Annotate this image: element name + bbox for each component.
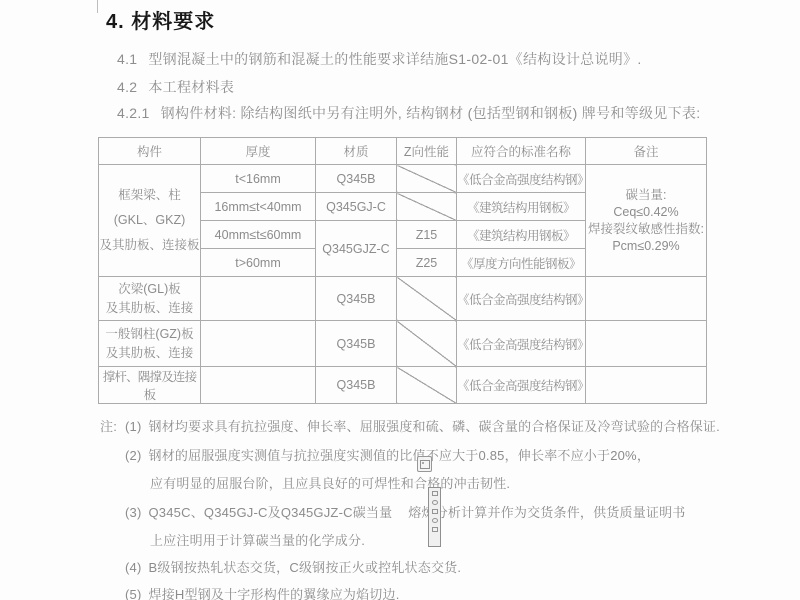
note-line-2-cont: 应有明显的屈服台阶，且应具良好的可焊性和合格的冲击韧性. xyxy=(150,473,510,492)
standard-cell: 《低合金高强度结构钢》 xyxy=(457,367,586,404)
note-line-3: (3)Q345C、Q345GJ-C及Q345GJZ-C碳当量熔炼分析计算并作为交… xyxy=(125,502,686,521)
table-header-row: 构件 厚度 材质 Z向性能 应符合的标准名称 备注 xyxy=(99,138,707,165)
section-number: 4.1 xyxy=(117,51,137,67)
z-performance-cell-na xyxy=(397,321,457,367)
z-performance-cell-na xyxy=(397,193,457,221)
section-number: 4.2 xyxy=(117,79,137,95)
section-text: 型钢混凝土中的钢筋和混凝土的性能要求详结施S1-02-01《结构设计总说明》. xyxy=(148,51,641,67)
remark-cell-empty xyxy=(586,367,707,404)
z-performance-cell: Z15 xyxy=(397,221,457,249)
broken-image-icon xyxy=(417,456,432,472)
broken-image-strip xyxy=(428,487,441,547)
material-cell: Q345B xyxy=(316,165,397,193)
note-line-3-cont: 上应注明用于计算碳当量的化学成分. xyxy=(150,530,365,549)
col-header-z-performance: Z向性能 xyxy=(397,138,457,165)
strip-mark xyxy=(432,527,438,532)
note-text: 熔炼分析计算并作为交货条件，供货质量证明书 xyxy=(408,505,685,520)
section-text: 钢构件材料: 除结构图纸中另有注明外, 结构钢材 (包括型钢和钢板) 牌号和等级… xyxy=(161,105,701,121)
standard-cell: 《低合金高强度结构钢》 xyxy=(457,165,586,193)
thickness-cell-empty xyxy=(201,321,316,367)
broken-image-glyph xyxy=(420,460,430,469)
thickness-cell: 40mm≤t≤60mm xyxy=(201,221,316,249)
z-performance-cell-na xyxy=(397,165,457,193)
thickness-cell-empty xyxy=(201,277,316,321)
col-header-standard: 应符合的标准名称 xyxy=(457,138,586,165)
col-header-remark: 备注 xyxy=(586,138,707,165)
col-header-component: 构件 xyxy=(99,138,201,165)
section-4-2-1: 4.2.1钢构件材料: 除结构图纸中另有注明外, 结构钢材 (包括型钢和钢板) … xyxy=(117,103,700,123)
thickness-cell: 16mm≤t<40mm xyxy=(201,193,316,221)
note-number: (1) xyxy=(125,419,142,434)
section-text: 本工程材料表 xyxy=(148,79,234,95)
component-cell-secondary-beam: 次梁(GL)板 及其肋板、连接 xyxy=(99,277,201,321)
standard-cell: 《建筑结构用钢板》 xyxy=(457,193,586,221)
component-cell-general-column: 一般钢柱(GZ)板 及其肋板、连接 xyxy=(99,321,201,367)
note-text: 钢材均要求具有抗拉强度、伸长率、屈服强度和硫、磷、碳含量的合格保证及冷弯试验的合… xyxy=(149,419,720,434)
remark-cell-empty xyxy=(586,321,707,367)
standard-cell: 《低合金高强度结构钢》 xyxy=(457,277,586,321)
table-row: 次梁(GL)板 及其肋板、连接 Q345B 《低合金高强度结构钢》 xyxy=(99,277,707,321)
table-row: 框架梁、柱 (GKL、GKZ) 及其肋板、连接板 t<16mm Q345B 《低… xyxy=(99,165,707,193)
strip-mark xyxy=(432,491,438,496)
section-number: 4.2.1 xyxy=(117,105,150,121)
note-number: (3) xyxy=(125,505,142,520)
strip-mark xyxy=(432,518,438,523)
standard-cell: 《建筑结构用钢板》 xyxy=(457,221,586,249)
note-line-2: (2)钢材的屈服强度实测值与抗拉强度实测值的比值不应大于0.85，伸长率不应小于… xyxy=(125,445,650,464)
standard-cell: 《厚度方向性能钢板》 xyxy=(457,249,586,277)
table-row: 撑杆、隅撑及连接板 Q345B 《低合金高强度结构钢》 xyxy=(99,367,707,404)
note-text: B级钢按热轧状态交货，C级钢按正火或控轧状态交货. xyxy=(149,560,462,575)
remark-cell-empty xyxy=(586,277,707,321)
section-4-2: 4.2本工程材料表 xyxy=(117,77,234,97)
material-cell: Q345GJ-C xyxy=(316,193,397,221)
z-performance-cell: Z25 xyxy=(397,249,457,277)
material-cell: Q345B xyxy=(316,367,397,404)
material-cell: Q345B xyxy=(316,321,397,367)
col-header-thickness: 厚度 xyxy=(201,138,316,165)
material-table: 构件 厚度 材质 Z向性能 应符合的标准名称 备注 框架梁、柱 (GKL、GKZ… xyxy=(98,137,707,404)
notes-block: 注:(1)钢材均要求具有抗拉强度、伸长率、屈服强度和硫、磷、碳含量的合格保证及冷… xyxy=(100,416,790,600)
z-performance-cell-na xyxy=(397,277,457,321)
table-row: 一般钢柱(GZ)板 及其肋板、连接 Q345B 《低合金高强度结构钢》 xyxy=(99,321,707,367)
section-4-1: 4.1型钢混凝土中的钢筋和混凝土的性能要求详结施S1-02-01《结构设计总说明… xyxy=(117,49,642,69)
sheet-border-tick xyxy=(97,0,98,13)
note-line-4: (4)B级钢按热轧状态交货，C级钢按正火或控轧状态交货. xyxy=(125,557,461,576)
material-cell: Q345B xyxy=(316,277,397,321)
col-header-material: 材质 xyxy=(316,138,397,165)
note-text: Q345C、Q345GJ-C及Q345GJZ-C碳当量 xyxy=(149,505,393,520)
component-cell-frame-beam-column: 框架梁、柱 (GKL、GKZ) 及其肋板、连接板 xyxy=(99,165,201,277)
remark-cell: 碳当量: Ceq≤0.42% 焊接裂纹敏感性指数: Pcm≤0.29% xyxy=(586,165,707,277)
material-cell-merged: Q345GJZ-C xyxy=(316,221,397,277)
page-title: 4. 材料要求 xyxy=(106,5,215,34)
thickness-cell: t>60mm xyxy=(201,249,316,277)
note-line-1: 注:(1)钢材均要求具有抗拉强度、伸长率、屈服强度和硫、磷、碳含量的合格保证及冷… xyxy=(100,416,720,435)
component-cell-braces: 撑杆、隅撑及连接板 xyxy=(99,367,201,404)
note-text: 应有明显的屈服台阶，且应具良好的可焊性和合格的冲击韧性. xyxy=(150,476,510,491)
thickness-cell: t<16mm xyxy=(201,165,316,193)
drawing-sheet: 4. 材料要求 4.1型钢混凝土中的钢筋和混凝土的性能要求详结施S1-02-01… xyxy=(0,0,800,600)
note-number: (2) xyxy=(125,448,142,463)
standard-cell: 《低合金高强度结构钢》 xyxy=(457,321,586,367)
note-number: (4) xyxy=(125,560,142,575)
thickness-cell-empty xyxy=(201,367,316,404)
note-number: (5) xyxy=(125,587,142,600)
note-text: 上应注明用于计算碳当量的化学成分. xyxy=(150,533,365,548)
note-line-5: (5)焊接H型钢及十字形构件的翼缘应为焰切边. xyxy=(125,584,400,600)
note-text: 钢材的屈服强度实测值与抗拉强度实测值的比值不应大于0.85，伸长率不应小于20%… xyxy=(149,448,651,463)
note-text: 焊接H型钢及十字形构件的翼缘应为焰切边. xyxy=(149,587,400,600)
strip-mark xyxy=(432,509,438,514)
z-performance-cell-na xyxy=(397,367,457,404)
notes-label: 注: xyxy=(100,419,117,434)
strip-mark xyxy=(432,500,438,505)
